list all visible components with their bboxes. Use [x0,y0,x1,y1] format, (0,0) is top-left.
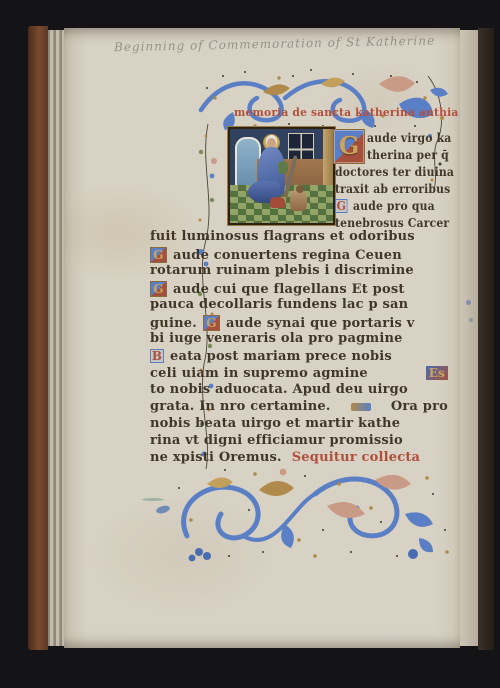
text-line: therina per q̄ [367,148,449,162]
bottom-border-decoration [165,464,455,564]
text-line: to nobis aduocata. Apud deu uirgo [150,383,408,397]
text-line: pauca decollaris fundens lac p san [150,298,408,312]
text-line-part: aude synai que portaris v [226,317,415,331]
illuminated-initial-G: G [333,129,365,164]
text-line-part: ne xpisti Oremus. [150,451,282,465]
text-line: aude virgo ka [367,131,451,145]
text-line: fuit luminosus flagrans et odoribus [150,230,415,244]
gold-initial-G: G [203,315,220,331]
gold-initial-Es: Es [426,366,448,380]
text-line: traxit ab erroribus [335,182,450,196]
text-line: G aude conuertens regina Ceuen [150,247,448,263]
book-spine-leather [28,26,48,650]
text-line: G aude pro qua [335,199,436,213]
top-border-decoration [193,68,435,132]
text-line-part: grata. In nro certamine. [150,400,331,414]
text-line: tenebrosus Carcer [335,216,449,230]
text-line: celi uiam in supremo agmine Es [150,366,448,381]
line-filler-ornament [351,403,371,411]
text-line-part: eata post mariam prece nobis [170,350,392,364]
pen-initial-B: B [150,349,164,363]
book-cover-edge [478,28,494,650]
under-page-edge [460,30,478,646]
saint-red-hem [270,197,285,208]
text-line: bi iuge veneraris ola pro pagmine [150,332,403,346]
closing-rubric: Sequitur collecta [292,451,420,465]
text-line: doctores ter diuina [335,165,454,179]
text-line: G aude cui que flagellans Et post [150,281,448,297]
margin-speck [469,318,473,322]
emperor-head [296,185,304,193]
text-line-part: aude conuertens regina Ceuen [173,249,402,263]
manuscript-page: Beginning of Commemoration of St Katheri… [64,28,460,648]
text-line: guine. G aude synai que portaris v [150,315,448,331]
teal-smudge [142,498,164,501]
text-line-part: aude pro qua [353,199,435,213]
gold-initial-G: G [150,247,167,263]
text-line: B eata post mariam prece nobis [150,349,448,364]
saint-green-sleeve [278,161,288,174]
miniature-st-katherine [228,127,335,225]
text-line: ne xpisti Oremus. Sequitur collecta [150,451,448,465]
page-stack-edges [48,30,64,646]
text-line: grata. In nro certamine. Ora pro [150,400,448,414]
text-line-part: celi uiam in supremo agmine [150,367,368,381]
text-line: rina vt digni efficiamur promissio [150,434,403,448]
text-line: nobis beata uirgo et martir kathe [150,417,400,431]
pen-initial-G: G [335,199,348,213]
text-line-part: aude cui que flagellans Et post [173,283,405,297]
margin-speck [466,300,471,305]
gold-initial-G: G [150,281,167,297]
rubric-line: memoria de sancta katherina anthia [234,105,458,119]
text-line-part: guine. [150,317,197,331]
blue-flower [189,548,211,561]
rose-dot [211,158,217,164]
text-line: rotarum ruinam plebis i discrimine [150,264,414,278]
text-line-part: Ora pro [391,400,448,414]
photo-backdrop: Beginning of Commemoration of St Katheri… [0,0,500,688]
pencil-inscription: Beginning of Commemoration of St Katheri… [114,32,500,54]
